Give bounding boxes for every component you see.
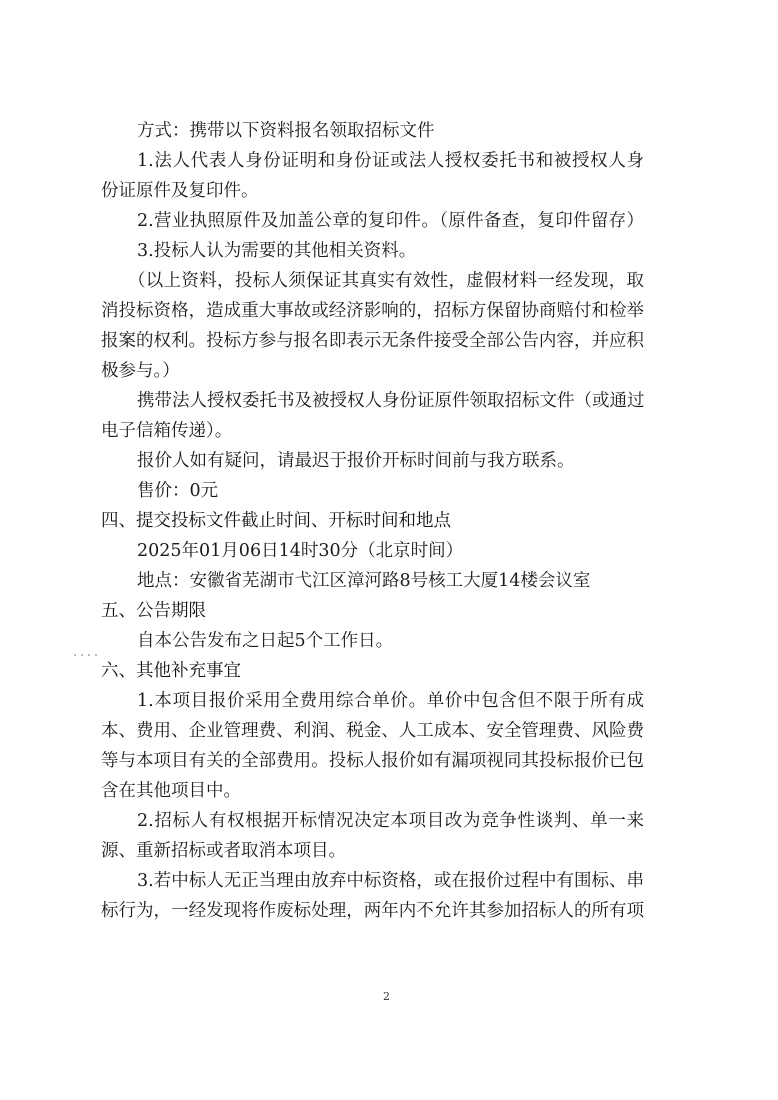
document-page: 方式：携带以下资料报名领取招标文件 1.法人代表人身份证明和身份证或法人授权委托…: [0, 0, 778, 1100]
paragraph-period: 自本公告发布之日起5个工作日。: [101, 626, 644, 656]
paragraph-supp-3: 3.若中标人无正当理由放弃中标资格，或在报价过程中有围标、串: [101, 866, 644, 896]
paragraph-supp-1-cont-2: 等与本项目有关的全部费用。投标人报价如有漏项视同其投标报价已包: [101, 746, 644, 776]
paragraph-item-2: 2.营业执照原件及加盖公章的复印件。（原件备查，复印件留存）: [101, 206, 644, 236]
paragraph-supp-1: 1.本项目报价采用全费用综合单价。单价中包含但不限于所有成: [101, 686, 644, 716]
document-body: 方式：携带以下资料报名领取招标文件 1.法人代表人身份证明和身份证或法人授权委托…: [101, 116, 644, 926]
paragraph-item-1: 1.法人代表人身份证明和身份证或法人授权委托书和被授权人身: [101, 146, 644, 176]
paragraph-supp-1-cont-3: 含在其他项目中。: [101, 776, 644, 806]
paragraph-authorization: 携带法人授权委托书及被授权人身份证原件领取招标文件（或通过: [101, 386, 644, 416]
paragraph-item-1-cont: 份证原件及复印件。: [101, 176, 644, 206]
paragraph-supp-2-cont: 源、重新招标或者取消本项目。: [101, 836, 644, 866]
paragraph-supp-2: 2.招标人有权根据开标情况决定本项目改为竞争性谈判、单一来: [101, 806, 644, 836]
paragraph-supp-3-cont: 标行为，一经发现将作废标处理，两年内不允许其参加招标人的所有项: [101, 896, 644, 926]
paragraph-note: （以上资料，投标人须保证其真实有效性，虚假材料一经发现，取: [101, 266, 644, 296]
paragraph-price: 售价：0元: [101, 476, 644, 506]
paragraph-deadline: 2025年01月06日14时30分（北京时间）: [101, 536, 644, 566]
paragraph-note-cont-1: 消投标资格，造成重大事故或经济影响的，招标方保留协商赔付和检举: [101, 296, 644, 326]
paragraph-location: 地点：安徽省芜湖市弋江区漳河路8号核工大厦14楼会议室: [101, 566, 644, 596]
paragraph-note-cont-3: 极参与。）: [101, 356, 644, 386]
paragraph-note-cont-2: 报案的权利。投标方参与报名即表示无条件接受全部公告内容，并应积: [101, 326, 644, 356]
paragraph-method: 方式：携带以下资料报名领取招标文件: [101, 116, 644, 146]
page-number: 2: [383, 990, 390, 1003]
scan-artifact: [74, 654, 98, 656]
section-heading-4: 四、提交投标文件截止时间、开标时间和地点: [101, 506, 644, 536]
section-heading-5: 五、公告期限: [101, 596, 644, 626]
paragraph-supp-1-cont-1: 本、费用、企业管理费、利润、税金、人工成本、安全管理费、风险费: [101, 716, 644, 746]
section-heading-6: 六、其他补充事宜: [101, 656, 644, 686]
paragraph-authorization-cont: 电子信箱传递）。: [101, 416, 644, 446]
paragraph-item-3: 3.投标人认为需要的其他相关资料。: [101, 236, 644, 266]
paragraph-contact: 报价人如有疑问，请最迟于报价开标时间前与我方联系。: [101, 446, 644, 476]
